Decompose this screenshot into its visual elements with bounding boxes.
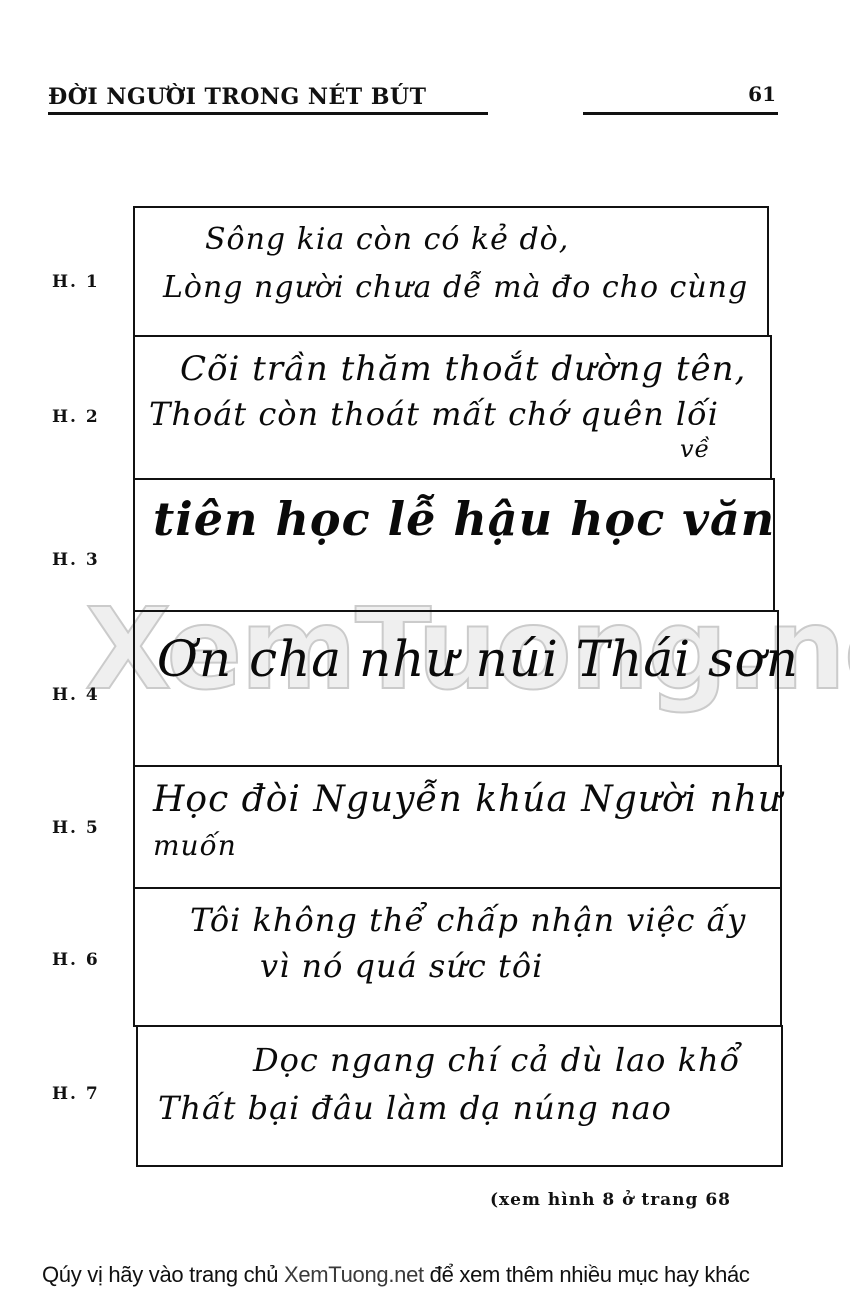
handwriting-sample-7: Dọc ngang chí cả dù lao khổ Thất bại đâu… [136, 1025, 783, 1167]
xemtuong-link[interactable]: XemTuong.net [284, 1262, 424, 1287]
page: ĐỜI NGƯỜI TRONG NÉT BÚT 61 H. 1 H. 2 H. … [0, 0, 850, 1299]
sample-label-4: H. 4 [52, 685, 100, 705]
handwriting-sample-1: Sông kia còn có kẻ dò, Lòng người chưa d… [133, 206, 769, 337]
handwriting-sample-2: Cõi trần thăm thoắt dường tên, Thoát còn… [133, 335, 772, 480]
header-rule-gap [488, 110, 583, 116]
sample-6-line-2: vì nó quá sức tôi [260, 947, 543, 985]
sample-7-line-1: Dọc ngang chí cả dù lao khổ [253, 1041, 740, 1079]
sample-5-line-1: Học đòi Nguyễn khúa Người như [153, 779, 782, 820]
footer-prefix: Qúy vị hãy vào trang chủ [42, 1262, 284, 1287]
sample-label-5: H. 5 [52, 818, 100, 838]
sample-label-2: H. 2 [52, 407, 100, 427]
footer-notice: Qúy vị hãy vào trang chủ XemTuong.net để… [42, 1262, 750, 1288]
sample-3-line-1: tiên học lễ hậu học văn [153, 492, 775, 546]
page-title: ĐỜI NGƯỜI TRONG NÉT BÚT [48, 84, 426, 110]
handwriting-sample-4: Ơn cha như núi Thái sơn [133, 610, 779, 767]
page-header: ĐỜI NGƯỜI TRONG NÉT BÚT 61 [48, 80, 778, 120]
footer-suffix: để xem thêm nhiều mục hay khác [424, 1262, 750, 1287]
sample-4-line-1: Ơn cha như núi Thái sơn [157, 630, 799, 688]
sample-label-1: H. 1 [52, 272, 100, 292]
figure-reference-caption: (xem hình 8 ở trang 68 [490, 1190, 731, 1210]
sample-label-6: H. 6 [52, 950, 100, 970]
sample-2-line-2: Thoát còn thoát mất chớ quên lối [149, 395, 719, 433]
sample-2-line-3: về [680, 435, 710, 463]
sample-1-line-2: Lòng người chưa dễ mà đo cho cùng [163, 270, 748, 305]
header-rule [48, 112, 778, 115]
sample-1-line-1: Sông kia còn có kẻ dò, [205, 222, 569, 257]
page-number: 61 [748, 82, 776, 106]
sample-label-3: H. 3 [52, 550, 100, 570]
handwriting-sample-5: Học đòi Nguyễn khúa Người như muốn [133, 765, 782, 889]
sample-2-line-1: Cõi trần thăm thoắt dường tên, [180, 349, 746, 389]
sample-5-line-2: muốn [153, 829, 237, 862]
sample-label-7: H. 7 [52, 1084, 100, 1104]
sample-6-line-1: Tôi không thể chấp nhận việc ấy [190, 901, 746, 939]
handwriting-sample-3: tiên học lễ hậu học văn [133, 478, 775, 612]
sample-7-line-2: Thất bại đâu làm dạ núng nao [158, 1089, 672, 1127]
handwriting-sample-6: Tôi không thể chấp nhận việc ấy vì nó qu… [133, 887, 782, 1027]
